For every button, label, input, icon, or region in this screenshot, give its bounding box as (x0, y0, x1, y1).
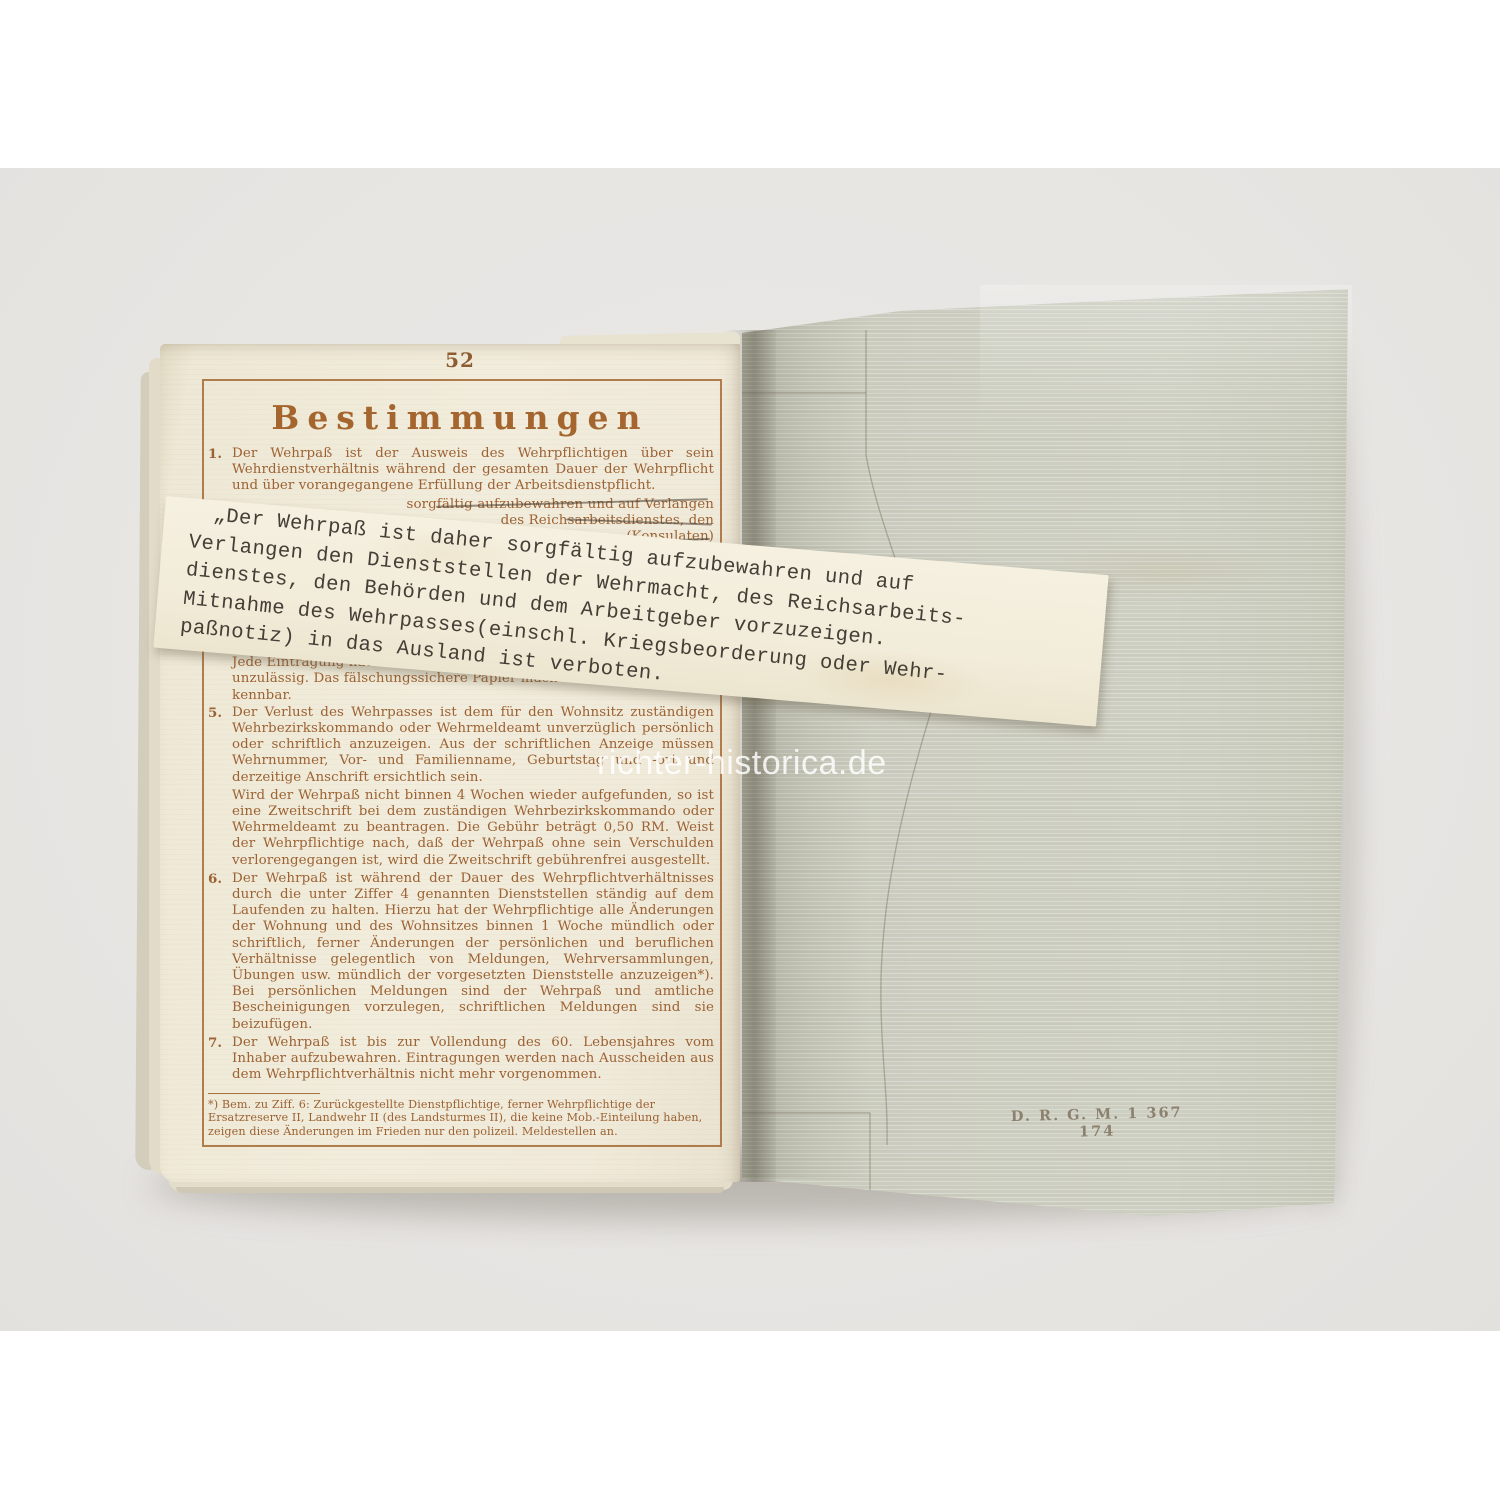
paragraph-7-number: 7. (208, 1035, 232, 1084)
paragraph-6-number: 6. (208, 871, 232, 1033)
footnote: *) Bem. zu Ziff. 6: Zurückgestellte Dien… (208, 1093, 714, 1139)
paragraph-1-text: Der Wehrpaß ist der Ausweis des Wehrpfli… (232, 446, 714, 495)
paragraph-1: 1. Der Wehrpaß ist der Ausweis des Wehrp… (208, 446, 714, 495)
paragraph-6: 6. Der Wehrpaß ist während der Dauer des… (208, 871, 714, 1033)
page-stack-bottom-line (176, 1187, 724, 1193)
paragraph-7-text: Der Wehrpaß ist bis zur Vollendung des 6… (232, 1035, 714, 1084)
paragraph-1-number: 1. (208, 446, 232, 495)
drgm-stamp: D. R. G. M. 1 367 174 (1002, 1104, 1193, 1143)
page-heading: Bestimmungen (210, 398, 710, 437)
footnote-divider (208, 1093, 320, 1094)
photo-of-wehrpass-document: D. R. G. M. 1 367 174 52 Bestimmungen 1.… (0, 0, 1500, 1500)
footnote-text: *) Bem. zu Ziff. 6: Zurückgestellte Dien… (208, 1098, 714, 1139)
watermark-text: richter-historica.de (597, 744, 887, 783)
paragraph-6-text: Der Wehrpaß ist während der Dauer des We… (232, 871, 714, 1033)
paragraph-5b-spacer (208, 788, 232, 869)
paragraph-5-number: 5. (208, 705, 232, 786)
page-number: 52 (200, 348, 720, 372)
paragraph-5-continuation: Wird der Wehrpaß nicht binnen 4 Wochen w… (208, 788, 714, 869)
paragraph-7: 7. Der Wehrpaß ist bis zur Vollendung de… (208, 1035, 714, 1084)
paragraph-4-fragment-line-3: kennbar. (208, 688, 714, 704)
paragraph-5b-text: Wird der Wehrpaß nicht binnen 4 Wochen w… (232, 788, 714, 869)
